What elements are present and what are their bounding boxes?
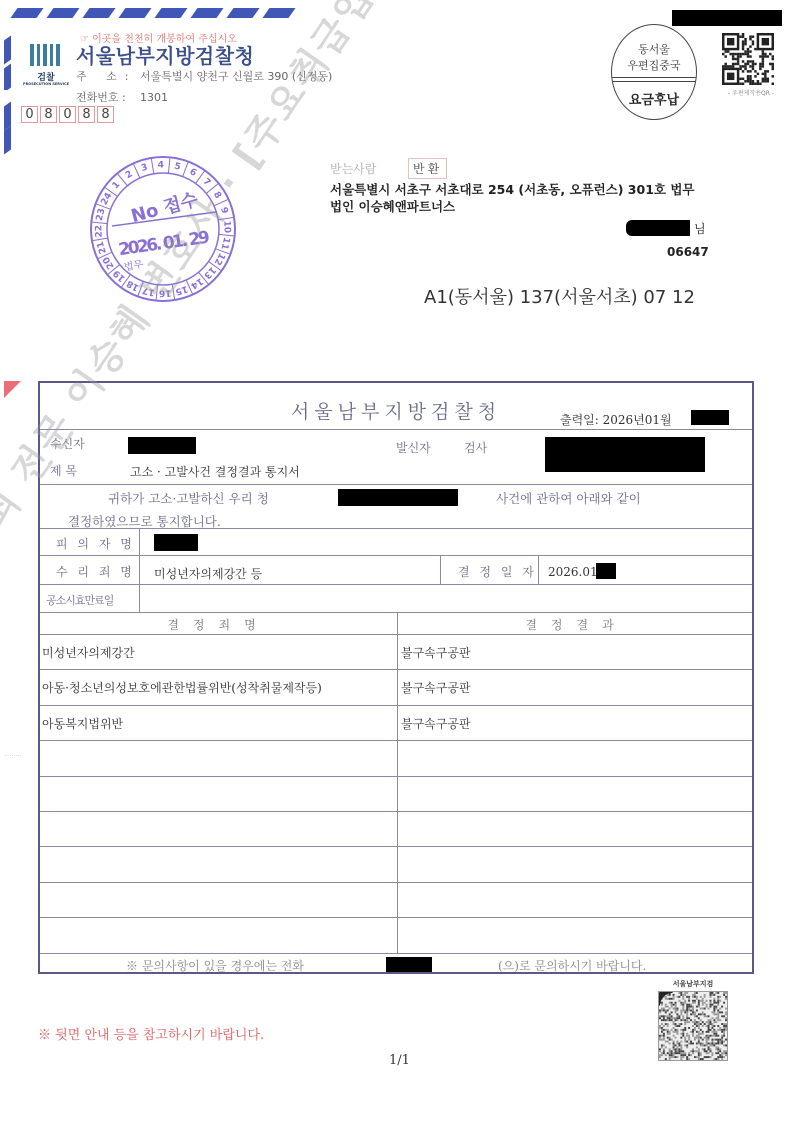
svg-text:23: 23: [95, 207, 108, 221]
statute-field-label: 공소시효만료일: [46, 592, 113, 608]
column-header-charge: 결정죄명: [40, 616, 397, 633]
column-header-result: 결정결과: [397, 616, 756, 633]
svg-text:8: 8: [211, 190, 223, 201]
sender-zip-boxes: 0 8 0 8 8: [21, 106, 114, 123]
svg-text:10: 10: [221, 220, 231, 233]
notice-body-line1a: 귀하가 고소·고발하신 우리 청: [108, 489, 269, 507]
sender-name: 서울남부지방검찰청: [76, 40, 254, 69]
recipient-field-label: 수신자: [50, 435, 85, 452]
table-row: [40, 740, 756, 775]
redaction-bar: [545, 437, 705, 472]
svg-text:2026. 01. 29: 2026. 01. 29: [117, 228, 211, 261]
redaction-bar: [596, 563, 616, 579]
routing-code: A1(동서울) 137(서울서초) 07 12: [424, 283, 695, 309]
sender-field-label: 발신자: [396, 439, 431, 456]
corner-mark-icon: [4, 381, 21, 398]
zip-digit: 8: [40, 106, 57, 123]
table-row: [40, 811, 756, 846]
svg-text:3: 3: [140, 163, 149, 174]
table-row: [40, 882, 756, 917]
column-divider: [440, 555, 441, 584]
notice-form: 서울남부지방검찰청 출력일: 2026년01월 수신자 발신자 검사 제 목 고…: [38, 381, 754, 974]
divider: [40, 429, 752, 430]
table-row: 아동·청소년의성보호에관한법률위반(성착취물제작등)불구속구공판: [40, 669, 756, 704]
charge-field-label: 수 리 죄 명: [56, 563, 135, 580]
result-cell: 불구속구공판: [401, 679, 471, 696]
redaction-bar: [691, 410, 729, 425]
decision-date-label: 결 정 일 자: [458, 563, 537, 580]
receipt-stamp-icon: 123456789101112131415161718192021222324N…: [88, 154, 238, 304]
sender-phone: 전화번호 :1301: [76, 89, 168, 105]
subject-value: 고소 · 고발사건 결정결과 통지서: [130, 463, 300, 480]
suspect-field-label: 피 의 자 명: [56, 535, 135, 552]
charge-cell: 미성년자의제강간: [42, 644, 135, 661]
svg-text:No 접수: No 접수: [129, 188, 201, 227]
postage-mark: 동서울 우편집중국 요금후납: [611, 24, 697, 120]
svg-text:22: 22: [94, 225, 104, 238]
svg-text:2: 2: [124, 169, 135, 181]
zip-digit: 0: [59, 106, 76, 123]
zip-digit: 8: [78, 106, 95, 123]
result-cell: 불구속구공판: [401, 644, 471, 661]
svg-text:법무: 법무: [123, 257, 145, 273]
recipient-label: 받는사람: [330, 160, 376, 177]
fold-mark: ·········: [4, 753, 21, 760]
svg-text:17: 17: [141, 285, 155, 298]
svg-text:1: 1: [111, 180, 123, 191]
verification-code-icon: [658, 991, 728, 1061]
svg-text:16: 16: [159, 287, 172, 297]
divider: [40, 612, 752, 613]
logo-bars-icon: [30, 44, 60, 66]
charge-cell: 아동복지법위반: [42, 715, 123, 732]
svg-text:5: 5: [173, 162, 181, 173]
divider: [40, 953, 752, 954]
column-divider: [538, 555, 539, 584]
redaction-bar: [386, 957, 432, 972]
redaction-bar: [626, 220, 690, 236]
charge-value: 미성년자의제강간 등: [154, 565, 262, 582]
table-row: 미성년자의제강간불구속구공판: [40, 634, 756, 669]
svg-text:4: 4: [158, 160, 165, 170]
prosecution-logo: 검찰 PROSECUTION SERVICE: [26, 36, 66, 88]
divider: [40, 528, 752, 529]
charge-cell: 아동·청소년의성보호에관한법률위반(성착취물제작등): [42, 679, 322, 696]
svg-text:11: 11: [219, 236, 232, 250]
svg-text:6: 6: [188, 167, 198, 179]
recipient-address-line2: 법인 이승혜앤파트너스: [330, 197, 455, 215]
svg-text:21: 21: [96, 240, 109, 255]
notice-body-line1b: 사건에 관하여 아래와 같이: [496, 489, 641, 507]
inquiry-note-a: ※ 문의사항이 있을 경우에는 전화: [126, 957, 304, 974]
divider: [40, 555, 752, 556]
logo-subtext: PROSECUTION SERVICE: [20, 82, 72, 86]
column-divider: [139, 528, 140, 612]
page-number: 1/1: [389, 1053, 410, 1068]
redaction-bar: [128, 437, 196, 454]
zip-digit: 8: [97, 106, 114, 123]
sender-role: 검사: [464, 439, 487, 456]
qr-code-icon: [722, 33, 774, 85]
result-cell: 불구속구공판: [401, 715, 471, 732]
bottom-qr-label: 서울남부지검: [656, 979, 730, 989]
table-row: [40, 776, 756, 811]
zip-digit: 0: [21, 106, 38, 123]
recipient-address-line1: 서울특별시 서초구 서초대로 254 (서초동, 오퓨런스) 301호 법무: [330, 180, 694, 198]
redaction-bar: [154, 534, 198, 551]
table-row: [40, 917, 756, 952]
postmark-divider: [612, 77, 696, 82]
svg-text:15: 15: [174, 283, 189, 296]
sender-address: 주 소:서울특별시 양천구 신월로 390 (신정동): [76, 68, 332, 84]
svg-text:7: 7: [201, 177, 212, 189]
sender-phone-label: 전화번호 :: [76, 89, 140, 105]
postmark-center: 우편집중국: [612, 57, 696, 73]
postmark-postpaid: 요금후납: [612, 89, 696, 108]
redaction-bar: [672, 10, 782, 26]
decision-date-value: 2026.01.: [548, 565, 601, 579]
divider: [397, 612, 398, 953]
postmark-office: 동서울: [612, 41, 696, 57]
recipient-zip: 06647: [667, 245, 709, 259]
table-row: [40, 846, 756, 881]
subject-field-label: 제 목: [50, 462, 77, 479]
table-row: 아동복지법위반불구속구공판: [40, 705, 756, 740]
sender-address-label: 주 소:: [76, 68, 140, 84]
sender-address-value: 서울특별시 양천구 신월로 390 (신정동): [140, 70, 332, 83]
print-date: 출력일: 2026년01월: [560, 411, 672, 428]
svg-text:9: 9: [218, 206, 229, 215]
qr-caption: - 우편제작용QR -: [716, 88, 786, 97]
sender-phone-value: 1301: [140, 91, 168, 104]
return-mark: 반환: [408, 158, 447, 179]
redaction-bar: [338, 489, 458, 506]
inquiry-note-b: (으)로 문의하시기 바랍니다.: [498, 957, 646, 974]
recipient-honorific: 님: [694, 220, 706, 237]
divider: [40, 484, 752, 485]
divider: [40, 584, 752, 585]
back-side-note: ※ 뒷면 안내 등을 참고하시기 바랍니다.: [38, 1024, 264, 1043]
